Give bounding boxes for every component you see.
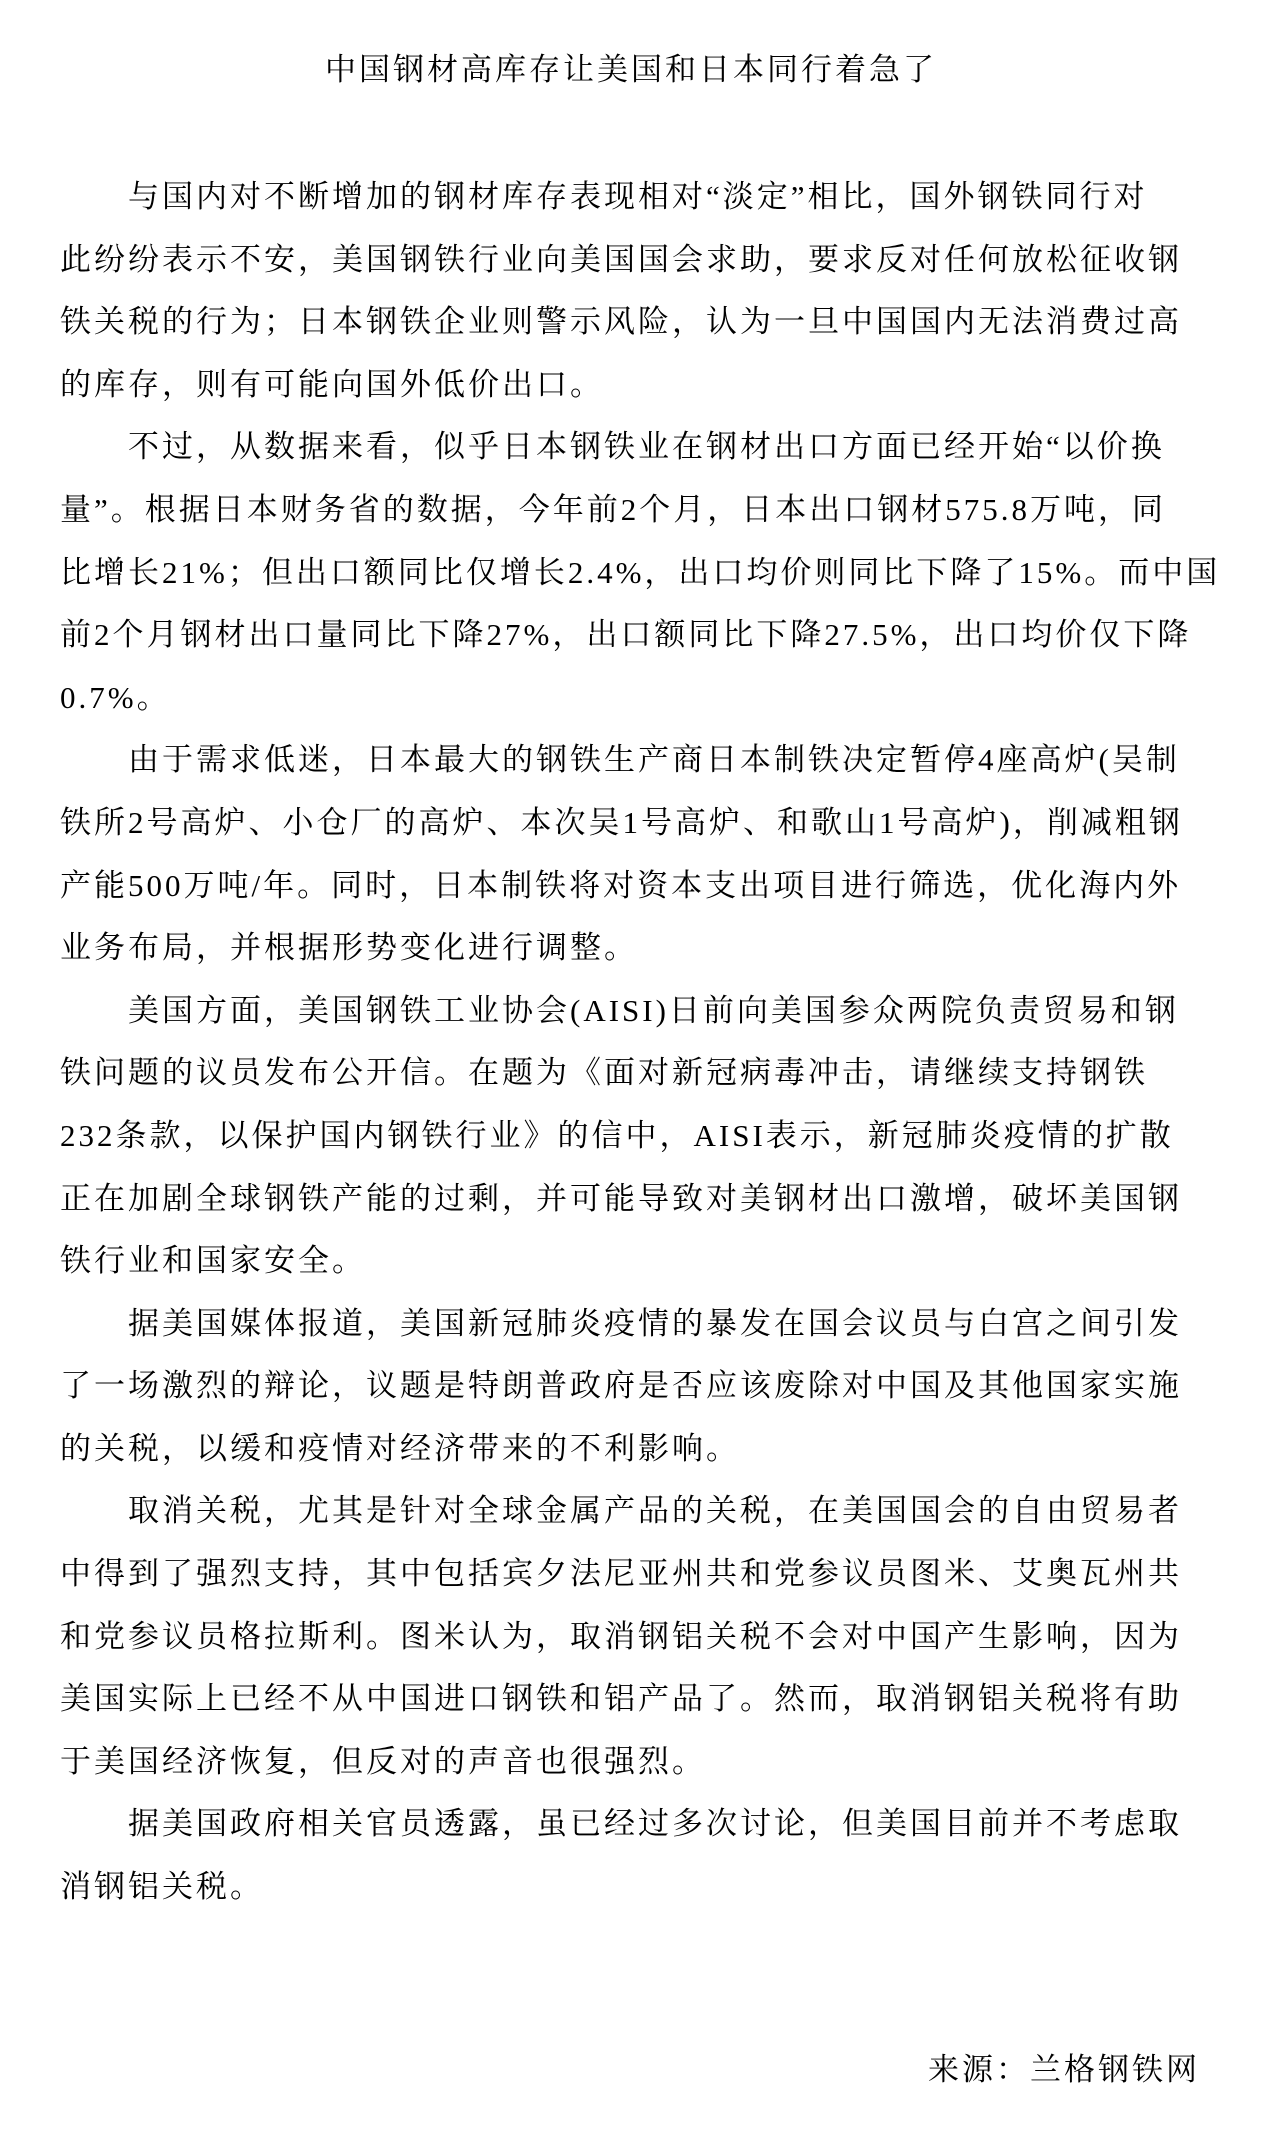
document-title: 中国钢材高库存让美国和日本同行着急了	[0, 50, 1262, 90]
text-line: 和党参议员格拉斯利。图米认为，取消钢铝关税不会对中国产生影响，因为	[60, 1606, 1205, 1669]
paragraph: 据美国媒体报道，美国新冠肺炎疫情的暴发在国会议员与白宫之间引发了一场激烈的辩论，…	[60, 1293, 1205, 1481]
text-line: 了一场激烈的辩论，议题是特朗普政府是否应该废除对中国及其他国家实施	[60, 1355, 1205, 1418]
text-line: 232条款，以保护国内钢铁行业》的信中，AISI表示，新冠肺炎疫情的扩散	[60, 1105, 1205, 1168]
text-line: 据美国媒体报道，美国新冠肺炎疫情的暴发在国会议员与白宫之间引发	[60, 1293, 1205, 1356]
text-line: 0.7%。	[60, 667, 1205, 730]
text-line: 业务布局，并根据形势变化进行调整。	[60, 917, 1205, 980]
document-page: 中国钢材高库存让美国和日本同行着急了 与国内对不断增加的钢材库存表现相对“淡定”…	[0, 0, 1262, 2148]
text-line: 铁行业和国家安全。	[60, 1230, 1205, 1293]
paragraph: 美国方面，美国钢铁工业协会(AISI)日前向美国参众两院负责贸易和钢铁问题的议员…	[60, 980, 1205, 1293]
paragraph: 由于需求低迷，日本最大的钢铁生产商日本制铁决定暂停4座高炉(吴制铁所2号高炉、小…	[60, 729, 1205, 979]
source-line: 来源：兰格钢铁网	[928, 2052, 1200, 2088]
text-line: 不过，从数据来看，似乎日本钢铁业在钢材出口方面已经开始“以价换	[60, 416, 1205, 479]
text-line: 铁问题的议员发布公开信。在题为《面对新冠病毒冲击，请继续支持钢铁	[60, 1042, 1205, 1105]
text-line: 此纷纷表示不安，美国钢铁行业向美国国会求助，要求反对任何放松征收钢	[60, 229, 1205, 292]
text-line: 产能500万吨/年。同时，日本制铁将对资本支出项目进行筛选，优化海内外	[60, 855, 1205, 918]
text-line: 美国方面，美国钢铁工业协会(AISI)日前向美国参众两院负责贸易和钢	[60, 980, 1205, 1043]
text-line: 的关税，以缓和疫情对经济带来的不利影响。	[60, 1418, 1205, 1481]
text-line: 据美国政府相关官员透露，虽已经过多次讨论，但美国目前并不考虑取	[60, 1793, 1205, 1856]
text-line: 量”。根据日本财务省的数据，今年前2个月，日本出口钢材575.8万吨，同	[60, 479, 1205, 542]
paragraph: 取消关税，尤其是针对全球金属产品的关税，在美国国会的自由贸易者中得到了强烈支持，…	[60, 1480, 1205, 1793]
article-body: 与国内对不断增加的钢材库存表现相对“淡定”相比，国外钢铁同行对此纷纷表示不安，美…	[60, 166, 1205, 1919]
text-line: 铁关税的行为；日本钢铁企业则警示风险，认为一旦中国国内无法消费过高	[60, 291, 1205, 354]
text-line: 美国实际上已经不从中国进口钢铁和铝产品了。然而，取消钢铝关税将有助	[60, 1668, 1205, 1731]
text-line: 与国内对不断增加的钢材库存表现相对“淡定”相比，国外钢铁同行对	[60, 166, 1205, 229]
paragraph: 据美国政府相关官员透露，虽已经过多次讨论，但美国目前并不考虑取消钢铝关税。	[60, 1793, 1205, 1918]
paragraph: 不过，从数据来看，似乎日本钢铁业在钢材出口方面已经开始“以价换量”。根据日本财务…	[60, 416, 1205, 729]
text-line: 比增长21%；但出口额同比仅增长2.4%，出口均价则同比下降了15%。而中国	[60, 542, 1205, 605]
paragraph: 与国内对不断增加的钢材库存表现相对“淡定”相比，国外钢铁同行对此纷纷表示不安，美…	[60, 166, 1205, 416]
text-line: 的库存，则有可能向国外低价出口。	[60, 354, 1205, 417]
text-line: 前2个月钢材出口量同比下降27%，出口额同比下降27.5%，出口均价仅下降	[60, 604, 1205, 667]
text-line: 消钢铝关税。	[60, 1856, 1205, 1919]
text-line: 铁所2号高炉、小仓厂的高炉、本次吴1号高炉、和歌山1号高炉)，削减粗钢	[60, 792, 1205, 855]
text-line: 中得到了强烈支持，其中包括宾夕法尼亚州共和党参议员图米、艾奥瓦州共	[60, 1543, 1205, 1606]
text-line: 取消关税，尤其是针对全球金属产品的关税，在美国国会的自由贸易者	[60, 1480, 1205, 1543]
text-line: 由于需求低迷，日本最大的钢铁生产商日本制铁决定暂停4座高炉(吴制	[60, 729, 1205, 792]
text-line: 于美国经济恢复，但反对的声音也很强烈。	[60, 1731, 1205, 1794]
text-line: 正在加剧全球钢铁产能的过剩，并可能导致对美钢材出口激增，破坏美国钢	[60, 1168, 1205, 1231]
